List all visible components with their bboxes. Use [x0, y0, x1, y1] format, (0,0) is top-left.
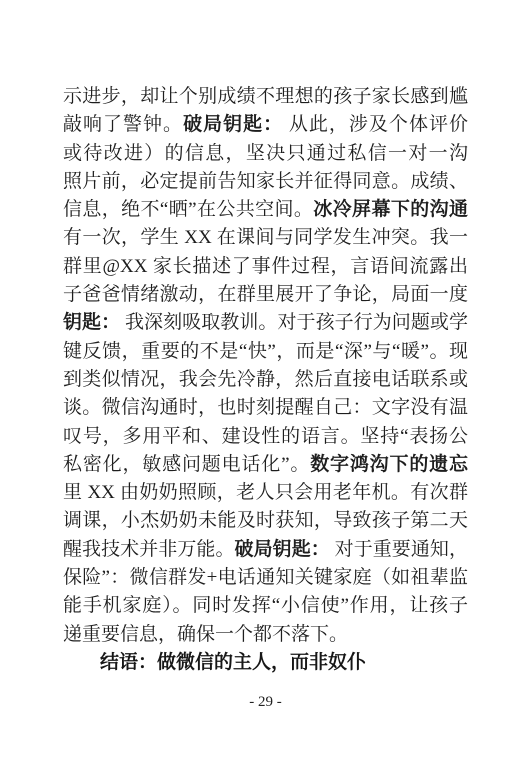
text-segment: 私密化，敏感问题电话化”。 [63, 454, 310, 475]
text-line: 钥匙： 我深刻吸取教训。对于孩子行为问题或学业上的关 [63, 309, 468, 337]
text-segment: 里 XX 由奶奶照顾，老人只会用老年机。有次群内临时通知 [63, 482, 468, 507]
closing-heading: 结语：做微信的主人，而非奴仆 [63, 649, 468, 677]
text-segment: 递重要信息，确保一个都不落下。 [63, 624, 348, 645]
text-segment: 能手机家庭）。同时发挥“小信使”作用，让孩子们口头传 [63, 595, 468, 620]
text-line: 叹号，多用平和、建设性的语言。坚持“表扬公开化，批评 [63, 423, 468, 451]
text-segment: 醒我技术并非万能。 [63, 539, 235, 560]
text-line: 私密化，敏感问题电话化”。数字鸿沟下的遗忘角落： 班 [63, 451, 468, 479]
text-line: 信息，绝不“晒”在公共空间。冰冷屏幕下的沟通异化：曾 [63, 196, 468, 224]
text-line: 递重要信息，确保一个都不落下。 [63, 621, 468, 649]
text-line: 到类似情况，我会先冷静，然后直接电话联系或约请家长面 [63, 366, 468, 394]
text-segment: 敲响了警钟。 [63, 114, 183, 135]
text-segment: 到类似情况，我会先冷静，然后直接电话联系或约请家长面 [63, 369, 468, 394]
text-segment: 我深刻吸取教训。对于孩子行为问题或学业上的关 [63, 312, 468, 337]
text-segment: 键反馈，重要的不是“快”，而是“深”与“暖”。现在遇 [63, 341, 468, 366]
text-segment: 照片前，必定提前告知家长并征得同意。成绩、评语等敏感 [63, 171, 468, 196]
text-line: 能手机家庭）。同时发挥“小信使”作用，让孩子们口头传 [63, 592, 468, 620]
text-line: 群里@XX 家长描述了事件过程，言语间流露出责备。结果孩 [63, 253, 468, 281]
text-segment: 保险”：微信群发+电话通知关键家庭（如祖辈监护、无智 [63, 567, 468, 592]
text-line: 谈。微信沟通时，也时刻提醒自己：文字没有温度，慎用感 [63, 394, 468, 422]
bold-label-segment: 破局钥匙： [235, 539, 330, 560]
text-segment: 谈。微信沟通时，也时刻提醒自己：文字没有温度，慎用感 [63, 397, 468, 422]
text-line: 里 XX 由奶奶照顾，老人只会用老年机。有次群内临时通知 [63, 479, 468, 507]
text-segment: 调课，小杰奶奶未能及时获知，导致孩子第二天跑空。这提 [63, 510, 468, 535]
text-line: 键反馈，重要的不是“快”，而是“深”与“暖”。现在遇 [63, 338, 468, 366]
bold-label-segment: 结语：做微信的主人，而非奴仆 [100, 652, 366, 673]
text-segment: 信息，绝不“晒”在公共空间。 [63, 199, 313, 220]
text-line: 有一次，学生 XX 在课间与同学发生冲突。我一时情急，在 [63, 224, 468, 252]
text-segment: 叹号，多用平和、建设性的语言。坚持“表扬公开化，批评 [63, 426, 468, 451]
document-page: 示进步，却让个别成绩不理想的孩子家长感到尴尬。这给我敲响了警钟。破局钥匙： 从此… [0, 0, 532, 768]
text-line: 或待改进）的信息，坚决只通过私信一对一沟通。分享活动 [63, 140, 468, 168]
text-segment: 子爸爸情绪激动，在群里展开了争论，局面一度尴尬。 [63, 284, 468, 309]
bold-label-segment: 钥匙： [63, 312, 120, 333]
text-line: 示进步，却让个别成绩不理想的孩子家长感到尴尬。这给我 [63, 83, 468, 111]
text-line: 照片前，必定提前告知家长并征得同意。成绩、评语等敏感 [63, 168, 468, 196]
text-line: 子爸爸情绪激动，在群里展开了争论，局面一度尴尬。破局 [63, 281, 468, 309]
text-line: 敲响了警钟。破局钥匙： 从此，涉及个体评价（无论表扬 [63, 111, 468, 139]
text-line: 醒我技术并非万能。破局钥匙： 对于重要通知，我坚持“双 [63, 536, 468, 564]
text-segment: 或待改进）的信息，坚决只通过私信一对一沟通。分享活动 [63, 143, 468, 168]
text-segment: 群里@XX 家长描述了事件过程，言语间流露出责备。结果孩 [63, 256, 468, 281]
document-body: 示进步，却让个别成绩不理想的孩子家长感到尴尬。这给我敲响了警钟。破局钥匙： 从此… [63, 83, 468, 677]
page-number: - 29 - [63, 692, 468, 712]
text-line: 保险”：微信群发+电话通知关键家庭（如祖辈监护、无智 [63, 564, 468, 592]
bold-label-segment: 破局钥匙： [183, 114, 283, 135]
text-segment: 有一次，学生 XX 在课间与同学发生冲突。我一时情急，在 [63, 227, 468, 252]
text-line: 调课，小杰奶奶未能及时获知，导致孩子第二天跑空。这提 [63, 507, 468, 535]
text-segment: 示进步，却让个别成绩不理想的孩子家长感到尴尬。这给我 [63, 86, 468, 111]
